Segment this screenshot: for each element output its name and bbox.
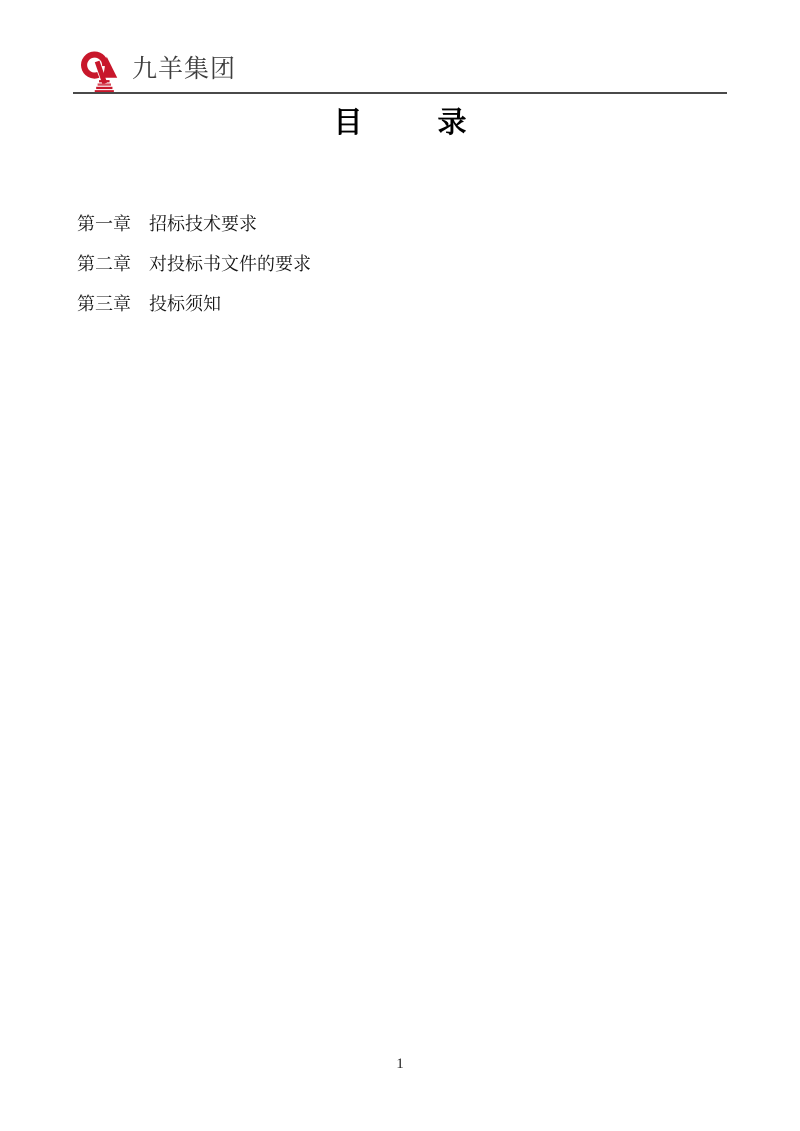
toc-entry-3: 第三章 投标须知: [77, 283, 311, 323]
toc-entry-chapter: 第一章: [77, 210, 131, 236]
ram-logo-icon: [78, 48, 122, 94]
toc-entry-title: 投标须知: [149, 290, 221, 316]
toc-entry-2: 第二章 对投标书文件的要求: [77, 243, 311, 283]
company-name: 九羊集团: [132, 57, 236, 82]
toc-entry-chapter: 第二章: [77, 250, 131, 276]
toc-list: 第一章 招标技术要求 第二章 对投标书文件的要求 第三章 投标须知: [77, 203, 311, 323]
page-header: 九羊集团: [78, 48, 236, 94]
page-number: 1: [0, 1056, 800, 1073]
toc-entry-title: 对投标书文件的要求: [149, 250, 311, 276]
toc-entry-1: 第一章 招标技术要求: [77, 203, 311, 243]
header-rule: [73, 92, 727, 94]
toc-page-title: 目 录: [0, 108, 800, 140]
document-page: 九羊集团 目 录 第一章 招标技术要求 第二章 对投标书文件的要求 第三章 投标…: [0, 0, 800, 1131]
toc-entry-chapter: 第三章: [77, 290, 131, 316]
toc-entry-title: 招标技术要求: [149, 210, 257, 236]
toc-title-char-left: 目: [333, 108, 362, 140]
toc-title-char-right: 录: [438, 108, 467, 140]
